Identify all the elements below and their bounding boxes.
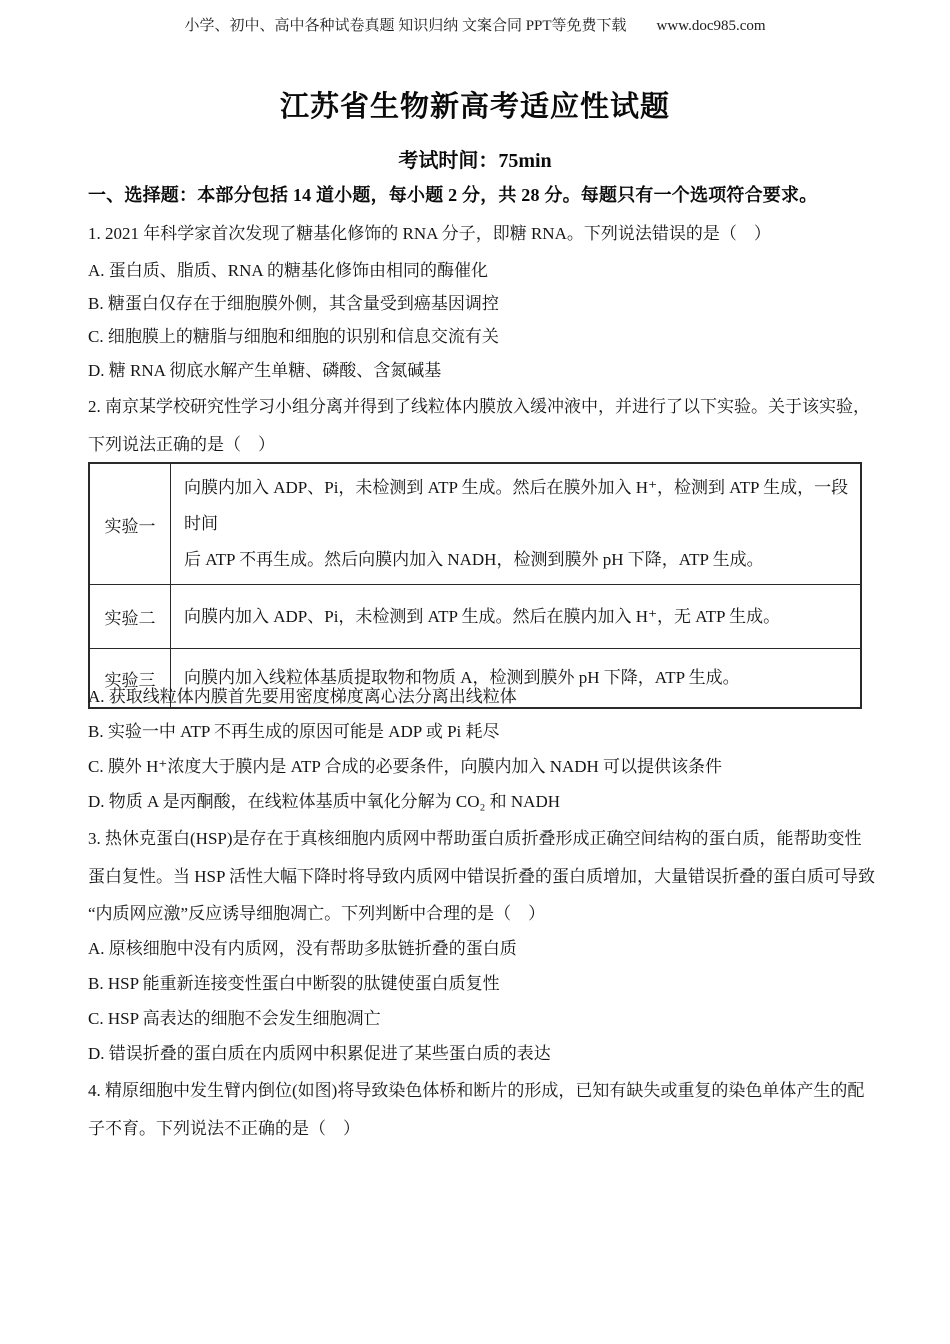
q1-option-a: A. 蛋白质、脂质、RNA 的糖基化修饰由相同的酶催化 [88,260,488,282]
experiment-2-text: 向膜内加入 ADP、Pi，未检测到 ATP 生成。然后在膜内加入 H⁺，无 AT… [171,585,862,649]
site-header: 小学、初中、高中各种试卷真题 知识归纳 文案合同 PPT等免费下载www.doc… [0,14,950,35]
q3-stem-line1: 3. 热休克蛋白(HSP)是存在于真核细胞内质网中帮助蛋白质折叠形成正确空间结构… [88,828,862,850]
experiment-1-text-line2: 后 ATP 不再生成。然后向膜内加入 NADH，检测到膜外 pH 下降，ATP … [184,542,850,578]
q2-stem-line2: 下列说法正确的是（ ） [88,434,275,456]
q1-option-d: D. 糖 RNA 彻底水解产生单糖、磷酸、含氮碱基 [88,360,441,382]
q1-option-b: B. 糖蛋白仅存在于细胞膜外侧，其含量受到癌基因调控 [88,293,499,315]
q1-option-c: C. 细胞膜上的糖脂与细胞和细胞的识别和信息交流有关 [88,326,499,348]
section-heading: 一、选择题：本部分包括 14 道小题，每小题 2 分，共 28 分。每题只有一个… [88,184,817,206]
q2-option-d: D. 物质 A 是丙酮酸，在线粒体基质中氧化分解为 CO₂ 和 NADH [88,791,560,813]
q3-stem-line2: 蛋白复性。当 HSP 活性大幅下降时将导致内质网中错误折叠的蛋白质增加，大量错误… [88,866,875,888]
q3-option-c: C. HSP 高表达的细胞不会发生细胞凋亡 [88,1008,381,1030]
site-header-promo: 小学、初中、高中各种试卷真题 知识归纳 文案合同 PPT等免费下载 [184,18,626,34]
page-title: 江苏省生物新高考适应性试题 [0,84,950,125]
site-header-url: www.doc985.com [657,18,766,34]
experiment-table: 实验一 向膜内加入 ADP、Pi，未检测到 ATP 生成。然后在膜外加入 H⁺，… [88,462,862,709]
experiment-1-text-line1: 向膜内加入 ADP、Pi，未检测到 ATP 生成。然后在膜外加入 H⁺，检测到 … [184,470,850,542]
q2-stem-line1: 2. 南京某学校研究性学习小组分离并得到了线粒体内膜放入缓冲液中，并进行了以下实… [88,396,870,418]
q4-stem-line2: 子不育。下列说法不正确的是（ ） [88,1118,360,1140]
experiment-1-text: 向膜内加入 ADP、Pi，未检测到 ATP 生成。然后在膜外加入 H⁺，检测到 … [171,463,862,585]
q3-option-d: D. 错误折叠的蛋白质在内质网中积累促进了某些蛋白质的表达 [88,1043,551,1065]
q2-option-a: A. 获取线粒体内膜首先要用密度梯度离心法分离出线粒体 [88,686,517,708]
q2-option-c: C. 膜外 H⁺浓度大于膜内是 ATP 合成的必要条件，向膜内加入 NADH 可… [88,756,722,778]
table-row-experiment-2: 实验二 向膜内加入 ADP、Pi，未检测到 ATP 生成。然后在膜内加入 H⁺，… [89,585,861,649]
q3-option-b: B. HSP 能重新连接变性蛋白中断裂的肽键使蛋白质复性 [88,973,500,995]
exam-time: 考试时间：75min [0,144,950,173]
q4-stem-line1: 4. 精原细胞中发生臂内倒位(如图)将导致染色体桥和断片的形成，已知有缺失或重复… [88,1080,864,1102]
q2-option-b: B. 实验一中 ATP 不再生成的原因可能是 ADP 或 Pi 耗尽 [88,721,500,743]
experiment-1-label: 实验一 [89,463,171,585]
table-row-experiment-1: 实验一 向膜内加入 ADP、Pi，未检测到 ATP 生成。然后在膜外加入 H⁺，… [89,463,861,585]
q1-stem: 1. 2021 年科学家首次发现了糖基化修饰的 RNA 分子，即糖 RNA。下列… [88,223,771,245]
experiment-2-label: 实验二 [89,585,171,649]
q3-stem-line3: “内质网应激”反应诱导细胞凋亡。下列判断中合理的是（ ） [88,903,545,925]
exam-document-page: 小学、初中、高中各种试卷真题 知识归纳 文案合同 PPT等免费下载www.doc… [0,0,950,1344]
q3-option-a: A. 原核细胞中没有内质网，没有帮助多肽链折叠的蛋白质 [88,938,517,960]
